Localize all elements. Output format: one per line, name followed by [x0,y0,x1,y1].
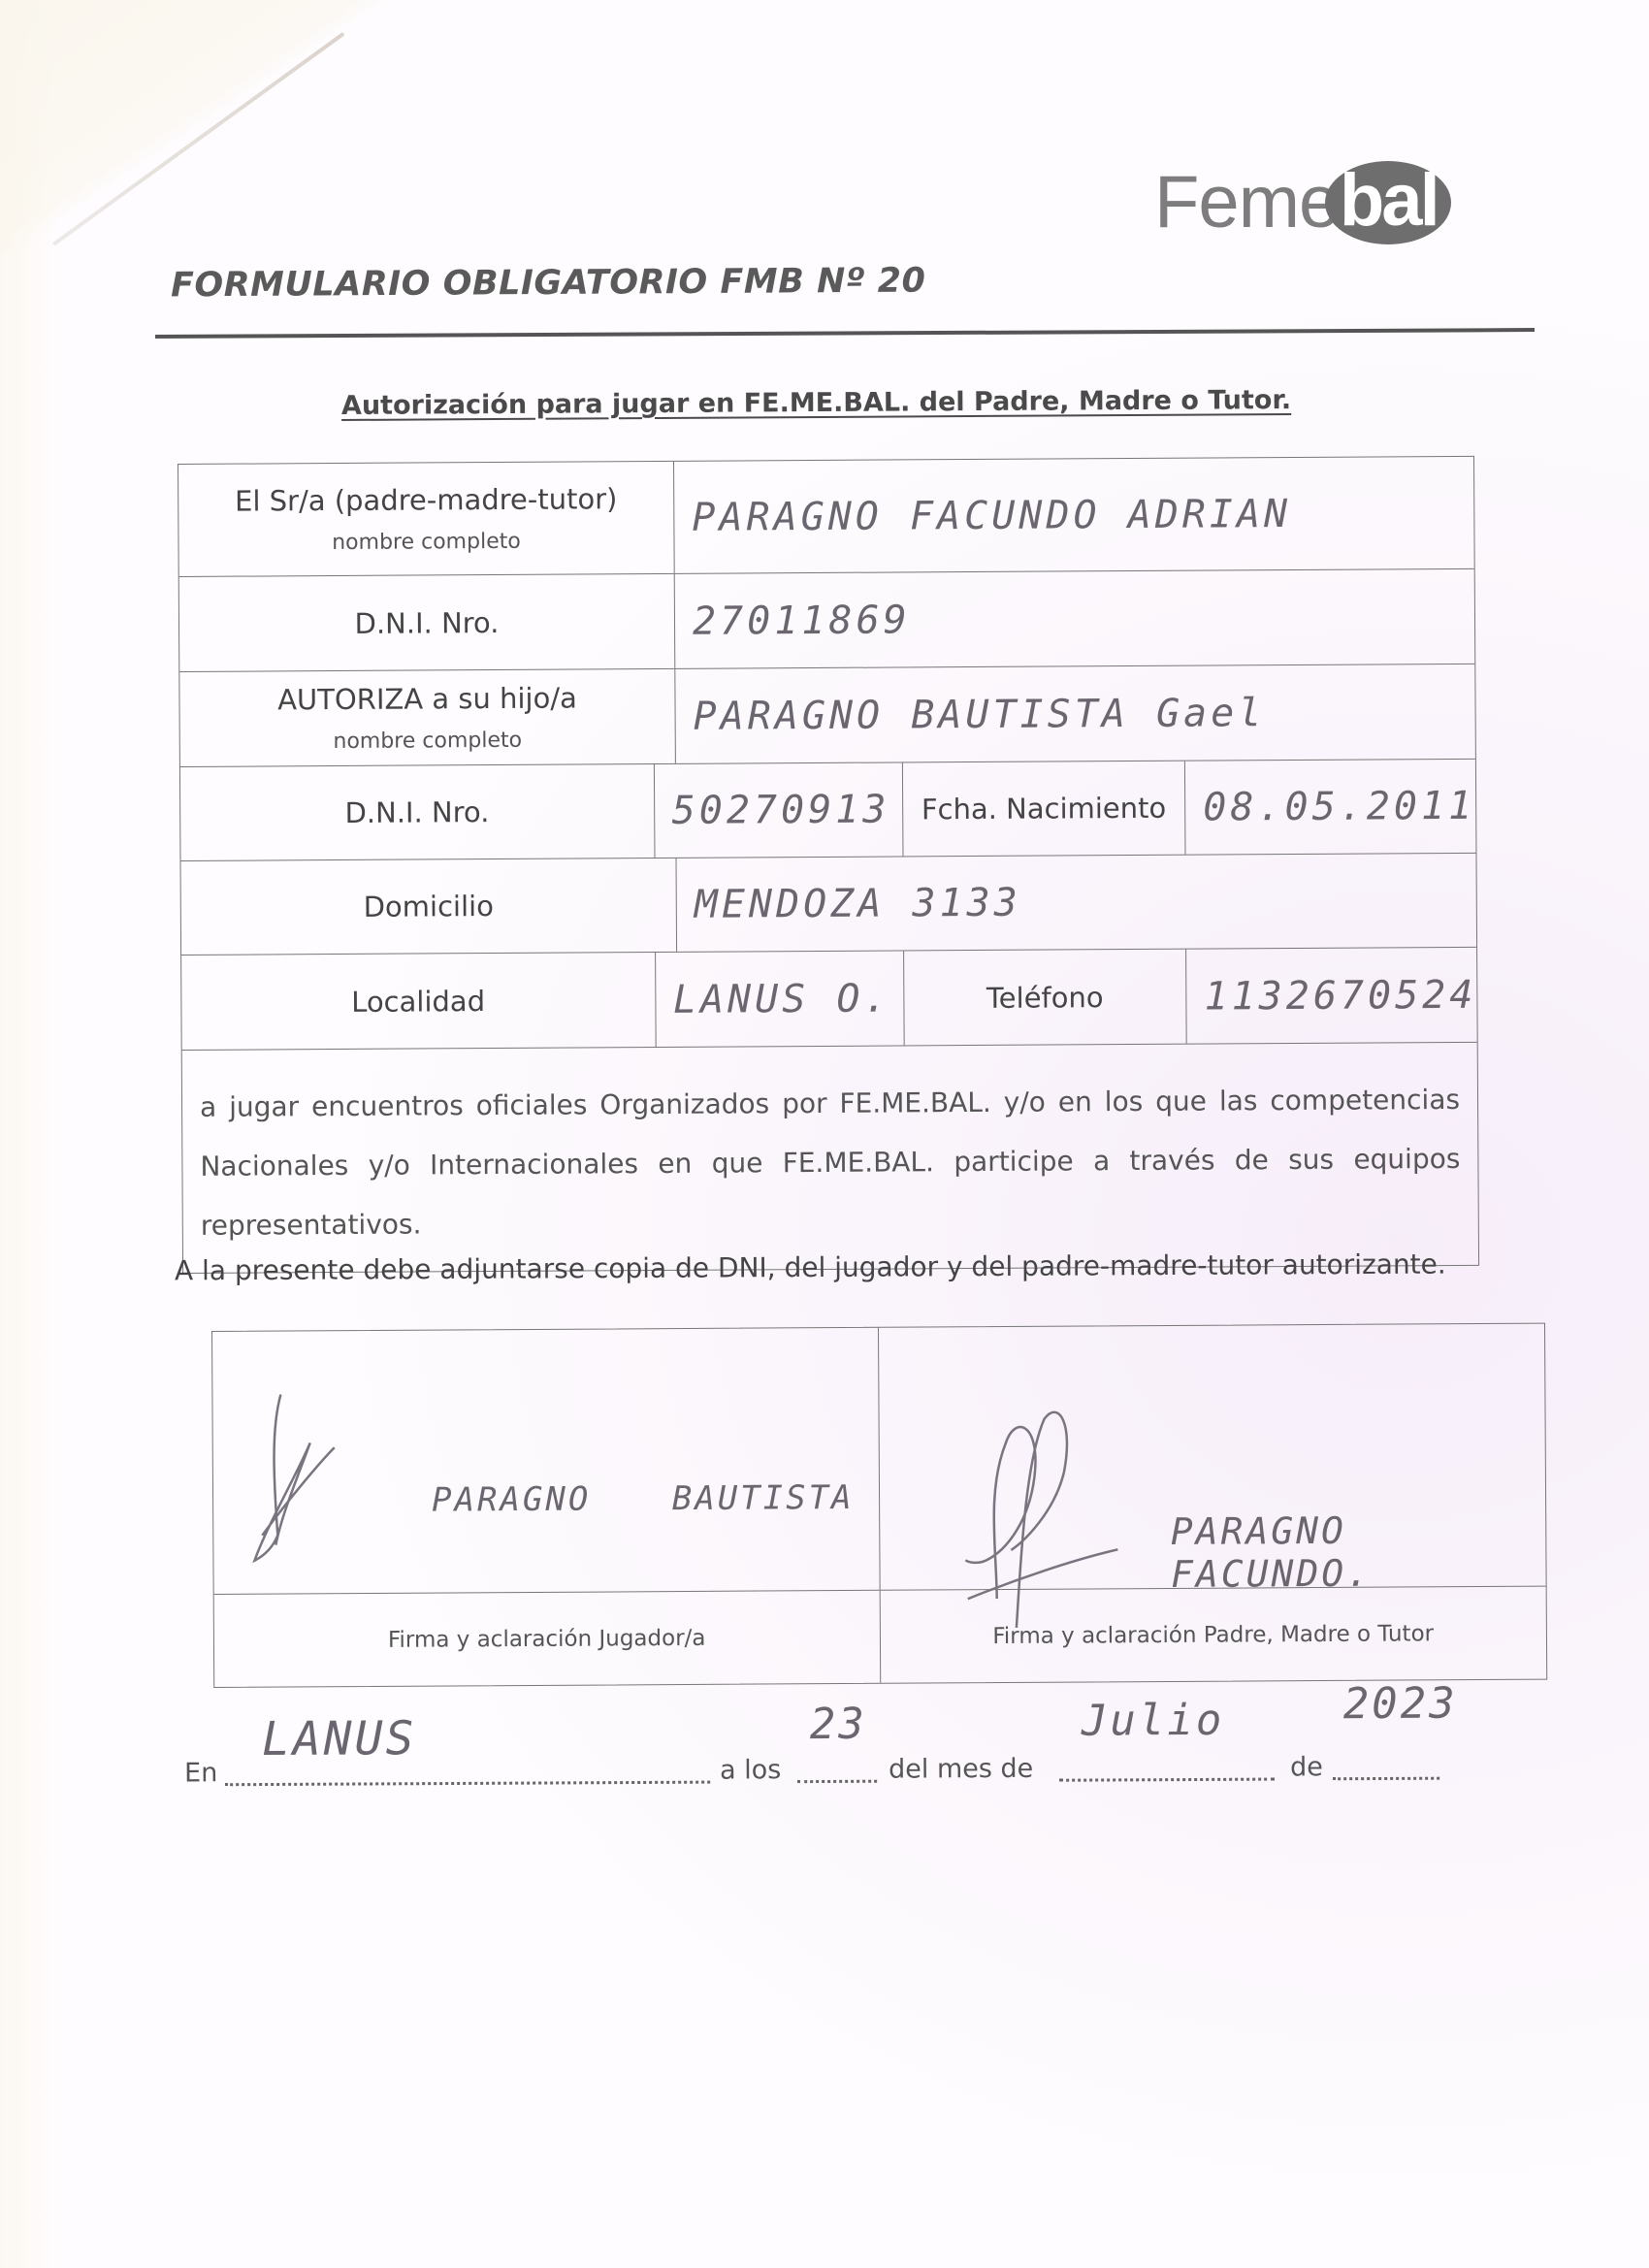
month-field[interactable]: Julio [1082,1696,1225,1746]
phone-label: Teléfono [986,981,1104,1015]
de-label: de [1290,1752,1323,1782]
day-field[interactable]: 23 [810,1700,867,1749]
parent-name-sublabel: nombre completo [332,530,521,555]
parent-dni-field[interactable]: 27011869 [675,569,1475,668]
authorization-statement: a jugar encuentros oficiales Organizados… [182,1043,1478,1274]
month-dotted-line [1059,1778,1275,1782]
header-divider [155,328,1535,339]
day-dotted-line [797,1780,877,1783]
en-label: En [184,1758,217,1788]
child-dni-label-cell: D.N.I. Nro. [180,764,655,860]
address-label-cell: Domicilio [181,859,678,955]
birth-date-label-cell: Fcha. Nacimiento [902,761,1185,857]
row-parent-name: El Sr/a (padre-madre-tutor) nombre compl… [178,457,1474,577]
address-label: Domicilio [364,890,494,923]
child-dni-label: D.N.I. Nro. [344,795,489,829]
child-name-label-cell: AUTORIZA a su hijo/a nombre completo [179,669,676,766]
player-signature-box[interactable]: PARAGNO BAUTISTA [212,1328,879,1595]
parent-dni-label-cell: D.N.I. Nro. [179,574,676,671]
year-field[interactable]: 2023 [1343,1679,1458,1730]
authorization-table: El Sr/a (padre-madre-tutor) nombre compl… [178,456,1479,1274]
a-los-label: a los [720,1755,781,1785]
mes-label: del mes de [889,1754,1033,1785]
row-parent-dni: D.N.I. Nro. 27011869 [179,569,1475,672]
signature-table: PARAGNO BAUTISTA Firma y aclaración Juga… [211,1323,1547,1688]
player-clarification: PARAGNO BAUTISTA [432,1478,855,1520]
player-signature-caption: Firma y aclaración Jugador/a [214,1591,880,1687]
row-child-name: AUTORIZA a su hijo/a nombre completo PAR… [179,664,1475,767]
address-field[interactable]: MENDOZA 3133 [676,854,1476,952]
locality-field[interactable]: LANUS O. [656,951,905,1047]
player-signature-column: PARAGNO BAUTISTA Firma y aclaración Juga… [212,1328,881,1687]
phone-label-cell: Teléfono [904,950,1187,1046]
locality-label: Localidad [351,985,485,1019]
parent-signature-scribble-icon [956,1404,1122,1637]
child-name-sublabel: nombre completo [333,729,522,754]
locality-label-cell: Localidad [181,953,656,1050]
parent-dni-label: D.N.I. Nro. [354,605,499,639]
child-name-field[interactable]: PARAGNO BAUTISTA Gael [675,664,1475,763]
place-date-line: En LANUS a los 23 del mes de Julio de 20… [184,1697,1466,1810]
parent-name-field[interactable]: PARAGNO FACUNDO ADRIAN [674,457,1474,573]
logo-ball-icon: bal [1325,161,1451,244]
row-locality: Localidad LANUS O. Teléfono 1132670524 [181,948,1477,1051]
birth-date-label: Fcha. Nacimiento [921,792,1167,826]
logo-text: Feme [1154,166,1339,240]
place-field[interactable]: LANUS [262,1711,417,1766]
form-title: FORMULARIO OBLIGATORIO FMB Nº 20 [171,262,926,306]
row-address: Domicilio MENDOZA 3133 [181,854,1477,956]
attachment-note: A la presente debe adjuntarse copia de D… [175,1248,1446,1287]
year-dotted-line [1333,1777,1439,1781]
form-subtitle: Autorización para jugar en FE.ME.BAL. de… [341,385,1291,421]
phone-field[interactable]: 1132670524 [1186,948,1476,1044]
player-signature-scribble-icon [242,1389,349,1565]
parent-signature-column: PARAGNO FACUNDO. Firma y aclaración Padr… [878,1324,1546,1683]
child-dni-field[interactable]: 50270913 [654,762,903,858]
row-child-dni: D.N.I. Nro. 50270913 Fcha. Nacimiento 08… [180,760,1476,861]
parent-clarification: PARAGNO FACUNDO. [1171,1508,1546,1596]
femebal-logo: Feme bal [1154,158,1451,247]
folded-corner [0,0,407,252]
child-name-label: AUTORIZA a su hijo/a [277,681,577,716]
birth-date-field[interactable]: 08.05.2011 [1185,760,1475,855]
parent-signature-box[interactable]: PARAGNO FACUNDO. [878,1324,1545,1591]
parent-name-label: El Sr/a (padre-madre-tutor) [235,482,618,517]
place-dotted-line [225,1781,710,1787]
parent-name-label-cell: El Sr/a (padre-madre-tutor) nombre compl… [178,462,675,576]
